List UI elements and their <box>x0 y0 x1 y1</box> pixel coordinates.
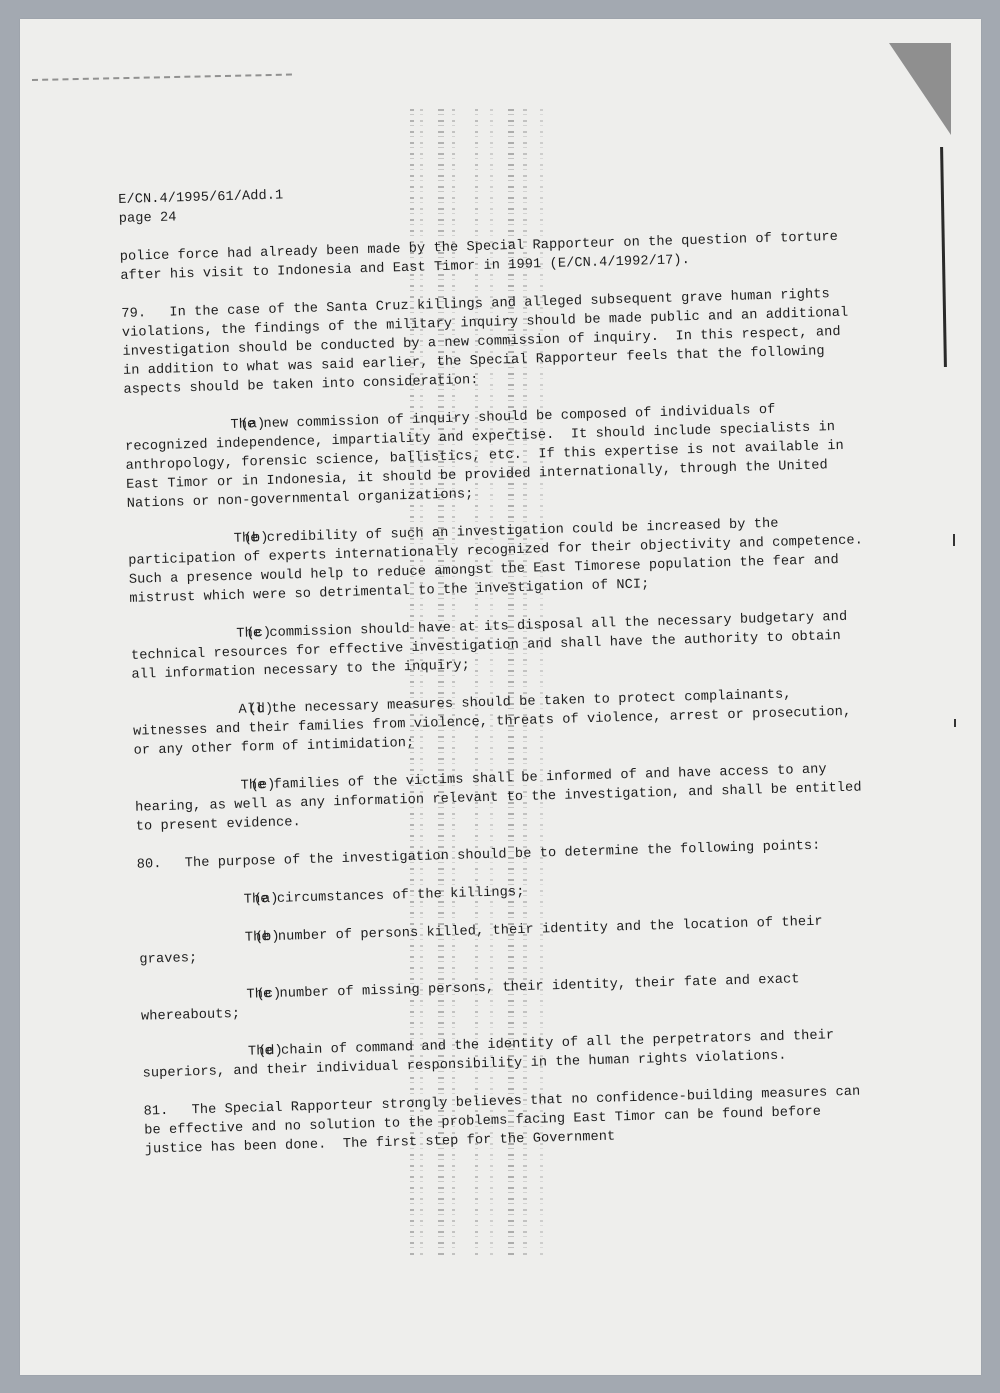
numbered-paragraph: 79.In the case of the Santa Cruz killing… <box>121 284 863 400</box>
sub-item-label: (d) <box>190 701 239 721</box>
numbered-paragraph: 81.The Special Rapporteur strongly belie… <box>143 1082 884 1160</box>
sub-item: (d)All the necessary measures should be … <box>132 683 873 761</box>
sub-item-text: The credibility of such an investigation… <box>128 516 880 606</box>
sub-item: (a)The new commission of inquiry should … <box>124 398 866 514</box>
paragraph-text: The purpose of the investigation should … <box>185 839 821 872</box>
margin-line <box>940 147 947 367</box>
margin-mark <box>954 719 956 727</box>
sub-item: (d)The chain of command and the identity… <box>142 1025 883 1084</box>
numbered-paragraph: 80.The purpose of the investigation shou… <box>137 835 877 875</box>
sub-item-text: The chain of command and the identity of… <box>142 1028 842 1082</box>
sub-item: (b)The credibility of such an investigat… <box>128 512 870 609</box>
sub-item-text: The circumstances of the killings; <box>244 885 525 908</box>
paragraph-number: 80. <box>137 854 186 874</box>
paragraph-number: 81. <box>143 1101 192 1121</box>
sub-item-label: (c) <box>198 986 247 1006</box>
sub-item-label: (e) <box>192 777 241 797</box>
paragraph-list: 79.In the case of the Santa Cruz killing… <box>121 284 885 1159</box>
margin-mark <box>953 534 955 546</box>
sub-item: (c)The commission should have at its dis… <box>130 607 871 685</box>
sub-item: (c)The number of missing persons, their … <box>140 968 881 1027</box>
folded-corner <box>889 43 951 135</box>
sub-item-label: (a) <box>196 891 245 911</box>
paragraph-text: In the case of the Santa Cruz killings a… <box>122 287 857 398</box>
paragraph-number: 79. <box>121 304 170 324</box>
scanned-page: E/CN.4/1995/61/Add.1 page 24 police forc… <box>20 19 981 1375</box>
sub-item-label: (a) <box>182 416 231 436</box>
sub-item: (e)The families of the victims shall be … <box>134 759 875 837</box>
sub-item-text: The families of the victims shall be inf… <box>135 762 870 835</box>
sub-item-label: (c) <box>188 625 237 645</box>
sub-item: (a)The circumstances of the killings; <box>138 873 878 913</box>
sub-item-label: (b) <box>197 929 246 949</box>
dashed-rule <box>32 74 292 81</box>
sub-item: (b)The number of persons killed, their i… <box>139 911 880 970</box>
sub-item-text: All the necessary measures should be tak… <box>133 687 860 759</box>
sub-item-label: (d) <box>200 1043 249 1063</box>
sub-item-text: The commission should have at its dispos… <box>131 610 856 683</box>
document-body: E/CN.4/1995/61/Add.1 page 24 police forc… <box>118 170 885 1178</box>
sub-item-text: The new commission of inquiry should be … <box>125 403 852 512</box>
paragraph-text: The Special Rapporteur strongly believes… <box>144 1084 869 1157</box>
sub-item-label: (b) <box>186 530 235 550</box>
